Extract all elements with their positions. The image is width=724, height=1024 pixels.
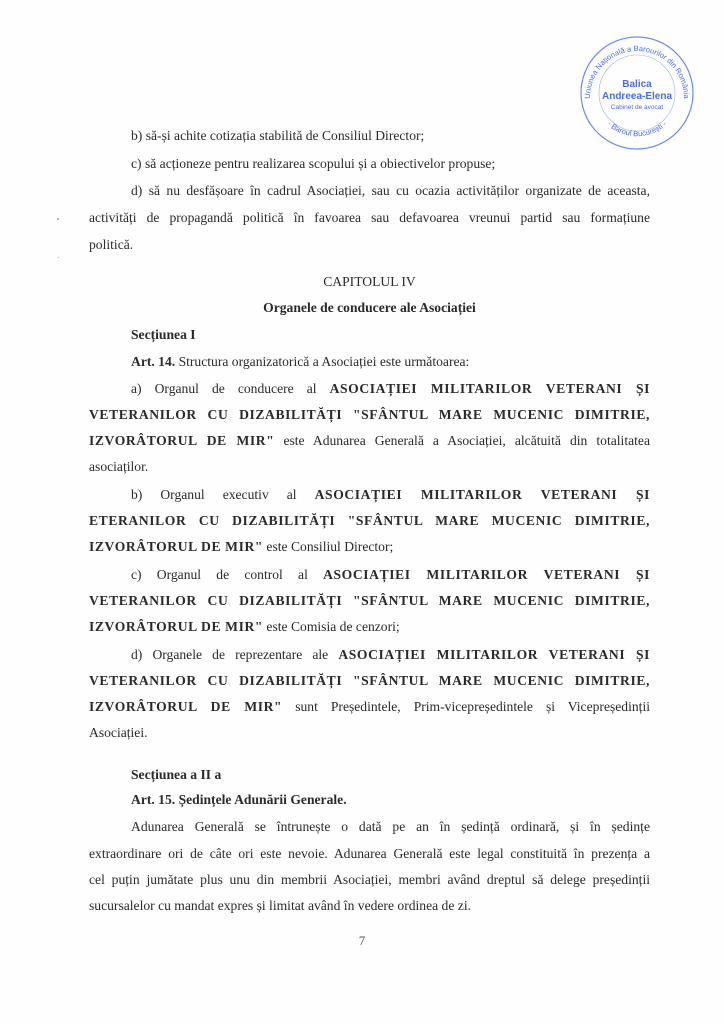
obligation-d-line3: politică.	[89, 236, 650, 254]
item-b-org-name-1: ASOCIAȚIEI MILITARILOR VETERANI ȘI	[315, 487, 650, 502]
item-d-prefix: d) Organele de reprezentare ale	[131, 647, 338, 662]
item-a-line1: a) Organul de conducere al ASOCIAȚIEI MI…	[131, 380, 650, 398]
art15-line4: sucursalelor cu mandat expres și limitat…	[89, 897, 650, 915]
item-c-prefix: c) Organul de control al	[131, 567, 323, 582]
scan-speck	[58, 257, 59, 258]
obligation-b: b) să-și achite cotizația stabilită de C…	[131, 127, 650, 145]
item-c-line2: VETERANILOR CU DIZABILITĂȚI "SFÂNTUL MAR…	[89, 592, 650, 610]
page-number: 7	[350, 933, 374, 949]
obligation-d-line2: activități de propagandă politică în fav…	[89, 209, 650, 227]
item-b-line2: ETERANILOR CU DIZABILITĂȚI "SFÂNTUL MARE…	[89, 512, 650, 530]
art14-intro: Art. 14. Structura organizatorică a Asoc…	[131, 353, 650, 371]
item-a-org-name-3: IZVORÂTORUL DE MIR"	[89, 433, 274, 448]
item-d-org-name-3: IZVORÂTORUL DE MIR"	[89, 699, 282, 714]
obligation-d-line1: d) să nu desfășoare în cadrul Asociației…	[131, 182, 650, 200]
item-a-line3: IZVORÂTORUL DE MIR" este Adunarea Genera…	[89, 432, 650, 450]
section2-title: Secțiunea a II a	[131, 766, 650, 784]
art14-text: Structura organizatorică a Asociației es…	[175, 354, 469, 369]
item-a-prefix: a) Organul de conducere al	[131, 381, 330, 396]
item-c-line3: IZVORÂTORUL DE MIR" este Comisia de cenz…	[89, 618, 650, 636]
item-a-line2: VETERANILOR CU DIZABILITĂȚI "SFÂNTUL MAR…	[89, 406, 650, 424]
item-b-suffix: este Consiliul Director;	[263, 539, 393, 554]
item-c-org-name-1: ASOCIAȚIEI MILITARILOR VETERANI ȘI	[323, 567, 650, 582]
item-d-line2: VETERANILOR CU DIZABILITĂȚI "SFÂNTUL MAR…	[89, 672, 650, 690]
item-b-line1: b) Organul executiv al ASOCIAȚIEI MILITA…	[131, 486, 650, 504]
item-a-org-name-1: ASOCIAȚIEI MILITARILOR VETERANI ȘI	[330, 381, 650, 396]
item-d-line4: Asociației.	[89, 724, 650, 742]
item-d-line1: d) Organele de reprezentare ale ASOCIAȚI…	[131, 646, 650, 664]
art15-title: Art. 15. Ședințele Adunării Generale.	[131, 791, 650, 809]
item-d-suffix: sunt Președintele, Prim-vicepreședintele…	[282, 699, 650, 714]
scan-speck	[57, 218, 59, 220]
art14-label: Art. 14.	[131, 354, 175, 369]
art15-line2: extraordinare ori de câte ori este nevoi…	[89, 845, 650, 863]
chapter-title: CAPITOLUL IV	[89, 273, 650, 291]
art15-line1: Adunarea Generală se întrunește o dată p…	[131, 818, 650, 836]
document-page: Uniunea Națională a Barourilor din Român…	[0, 0, 724, 1024]
item-d-line3: IZVORÂTORUL DE MIR" sunt Președintele, P…	[89, 698, 650, 716]
chapter-subtitle: Organele de conducere ale Asociației	[89, 299, 650, 317]
item-b-org-name-3: IZVORÂTORUL DE MIR"	[89, 539, 263, 554]
item-a-line4: asociaților.	[89, 458, 650, 476]
item-c-suffix: este Comisia de cenzori;	[263, 619, 400, 634]
item-b-prefix: b) Organul executiv al	[131, 487, 315, 502]
stamp-name-line1: Balica	[622, 79, 652, 90]
stamp-subtitle: Cabinet de avocat	[611, 104, 664, 111]
item-c-org-name-3: IZVORÂTORUL DE MIR"	[89, 619, 263, 634]
section1-title: Secțiunea I	[131, 326, 650, 344]
item-b-line3: IZVORÂTORUL DE MIR" este Consiliul Direc…	[89, 538, 650, 556]
item-a-suffix: este Adunarea Generală a Asociației, alc…	[274, 433, 650, 448]
art15-line3: cel puțin jumătate plus unu din membrii …	[89, 871, 650, 889]
item-c-line1: c) Organul de control al ASOCIAȚIEI MILI…	[131, 566, 650, 584]
stamp-name-line2: Andreea-Elena	[602, 91, 672, 102]
obligation-c: c) să acționeze pentru realizarea scopul…	[131, 155, 650, 173]
item-d-org-name-1: ASOCIAȚIEI MILITARILOR VETERANI ȘI	[338, 647, 650, 662]
